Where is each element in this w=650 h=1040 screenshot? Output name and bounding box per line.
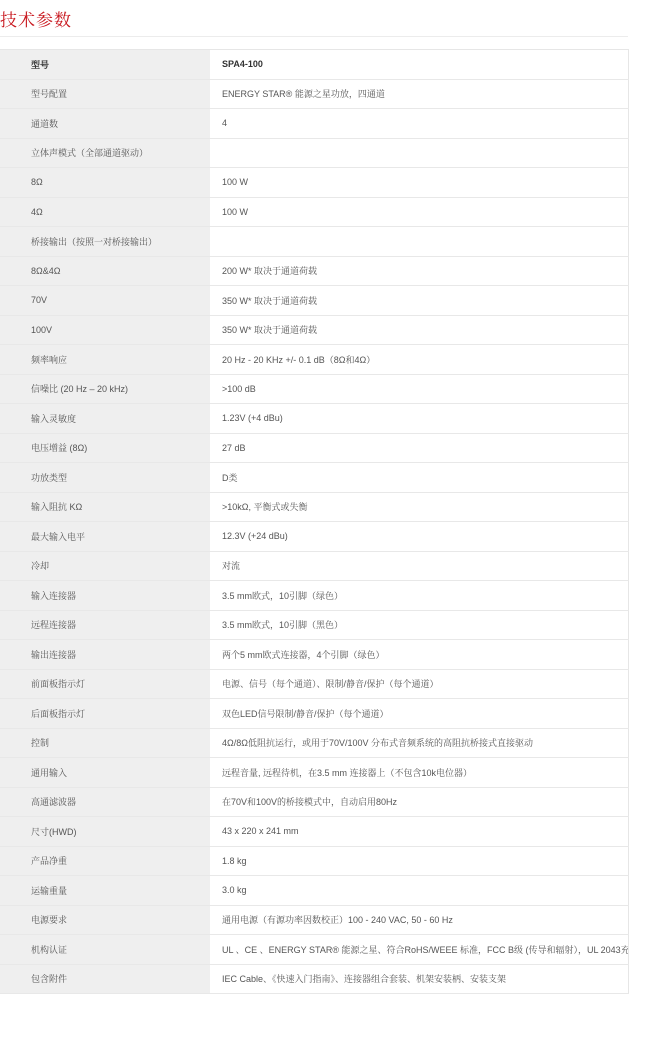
table-row: 包含附件IEC Cable、《快速入门指南》、连接器组合套装、机架安装柄、安装支… bbox=[0, 964, 629, 994]
table-row: 前面板指示灯电源、信号（每个通道）、限制/静音/保护（每个通道） bbox=[0, 669, 629, 699]
table-row: 桥接输出（按照一对桥接输出） bbox=[0, 227, 629, 257]
spec-label: 通道数 bbox=[0, 109, 210, 139]
table-row: 输出连接器两个5 mm欧式连接器，4个引脚（绿色） bbox=[0, 640, 629, 670]
spec-label: 包含附件 bbox=[0, 964, 210, 994]
table-row: 8Ω&4Ω200 W* 取决于通道荷载 bbox=[0, 256, 629, 286]
spec-value: 3.0 kg bbox=[210, 876, 629, 906]
spec-value: 100 W bbox=[210, 168, 629, 198]
table-row: 8Ω100 W bbox=[0, 168, 629, 198]
spec-label: 电压增益 (8Ω) bbox=[0, 433, 210, 463]
spec-label: 8Ω bbox=[0, 168, 210, 198]
spec-label: 输出连接器 bbox=[0, 640, 210, 670]
spec-label: 尺寸(HWD) bbox=[0, 817, 210, 847]
table-row: 信噪比 (20 Hz – 20 kHz)>100 dB bbox=[0, 374, 629, 404]
table-row: 输入阻抗 KΩ>10kΩ, 平衡式或失衡 bbox=[0, 492, 629, 522]
table-row: 运输重量3.0 kg bbox=[0, 876, 629, 906]
spec-label: 最大输入电平 bbox=[0, 522, 210, 552]
spec-value: 电源、信号（每个通道）、限制/静音/保护（每个通道） bbox=[210, 669, 629, 699]
spec-value: 100 W bbox=[210, 197, 629, 227]
spec-value: >100 dB bbox=[210, 374, 629, 404]
spec-label: 高通滤波器 bbox=[0, 787, 210, 817]
table-row: 产品净重1.8 kg bbox=[0, 846, 629, 876]
spec-value: 远程音量, 远程待机，在3.5 mm 连接器上（不包含10k电位器） bbox=[210, 758, 629, 788]
spec-value: >10kΩ, 平衡式或失衡 bbox=[210, 492, 629, 522]
spec-table-body: 型号SPA4-100型号配置ENERGY STAR® 能源之星功放，四通道通道数… bbox=[0, 50, 629, 994]
table-row: 型号配置ENERGY STAR® 能源之星功放，四通道 bbox=[0, 79, 629, 109]
spec-label: 运输重量 bbox=[0, 876, 210, 906]
title-divider bbox=[0, 36, 628, 37]
table-row: 70V350 W* 取决于通道荷载 bbox=[0, 286, 629, 316]
spec-label: 4Ω bbox=[0, 197, 210, 227]
spec-label: 机构认证 bbox=[0, 935, 210, 965]
table-row: 立体声模式（全部通道驱动） bbox=[0, 138, 629, 168]
spec-value: 对流 bbox=[210, 551, 629, 581]
spec-value: 350 W* 取决于通道荷载 bbox=[210, 315, 629, 345]
table-row: 最大输入电平12.3V (+24 dBu) bbox=[0, 522, 629, 552]
spec-value: 4Ω/8Ω低阻抗运行，或用于70V/100V 分布式音频系统的高阻抗桥接式直接驱… bbox=[210, 728, 629, 758]
spec-value: 3.5 mm欧式，10引脚（绿色） bbox=[210, 581, 629, 611]
spec-label: 频率响应 bbox=[0, 345, 210, 375]
table-row: 输入灵敏度1.23V (+4 dBu) bbox=[0, 404, 629, 434]
spec-value: 1.23V (+4 dBu) bbox=[210, 404, 629, 434]
spec-label: 功放类型 bbox=[0, 463, 210, 493]
spec-value: D类 bbox=[210, 463, 629, 493]
section-title: 技术参数 bbox=[0, 10, 72, 32]
spec-value: SPA4-100 bbox=[210, 50, 629, 80]
spec-value: 20 Hz - 20 KHz +/- 0.1 dB（8Ω和4Ω） bbox=[210, 345, 629, 375]
spec-label: 控制 bbox=[0, 728, 210, 758]
spec-value: 200 W* 取决于通道荷载 bbox=[210, 256, 629, 286]
spec-value: 12.3V (+24 dBu) bbox=[210, 522, 629, 552]
table-row: 冷却对流 bbox=[0, 551, 629, 581]
spec-label: 桥接输出（按照一对桥接输出） bbox=[0, 227, 210, 257]
table-row: 后面板指示灯双色LED信号限制/静音/保护（每个通道） bbox=[0, 699, 629, 729]
table-row: 100V350 W* 取决于通道荷载 bbox=[0, 315, 629, 345]
spec-value: UL 、CE 、ENERGY STAR® 能源之星、符合RoHS/WEEE 标准… bbox=[210, 935, 629, 965]
table-row: 功放类型D类 bbox=[0, 463, 629, 493]
spec-value: IEC Cable、《快速入门指南》、连接器组合套装、机架安装柄、安装支架 bbox=[210, 964, 629, 994]
spec-label: 70V bbox=[0, 286, 210, 316]
spec-label: 100V bbox=[0, 315, 210, 345]
spec-label: 产品净重 bbox=[0, 846, 210, 876]
spec-value: 双色LED信号限制/静音/保护（每个通道） bbox=[210, 699, 629, 729]
table-row: 4Ω100 W bbox=[0, 197, 629, 227]
spec-value: 3.5 mm欧式，10引脚（黑色） bbox=[210, 610, 629, 640]
spec-value: 通用电源（有源功率因数校正）100 - 240 VAC, 50 - 60 Hz bbox=[210, 905, 629, 935]
spec-label: 型号配置 bbox=[0, 79, 210, 109]
spec-value: 1.8 kg bbox=[210, 846, 629, 876]
spec-label: 输入灵敏度 bbox=[0, 404, 210, 434]
spec-value: 350 W* 取决于通道荷载 bbox=[210, 286, 629, 316]
spec-label: 后面板指示灯 bbox=[0, 699, 210, 729]
spec-label: 输入阻抗 KΩ bbox=[0, 492, 210, 522]
spec-value: 4 bbox=[210, 109, 629, 139]
spec-table: 型号SPA4-100型号配置ENERGY STAR® 能源之星功放，四通道通道数… bbox=[0, 49, 629, 994]
spec-label: 冷却 bbox=[0, 551, 210, 581]
spec-page: 技术参数 型号SPA4-100型号配置ENERGY STAR® 能源之星功放，四… bbox=[0, 0, 650, 1040]
spec-value bbox=[210, 227, 629, 257]
spec-value: 43 x 220 x 241 mm bbox=[210, 817, 629, 847]
spec-label: 通用输入 bbox=[0, 758, 210, 788]
spec-value bbox=[210, 138, 629, 168]
spec-value: ENERGY STAR® 能源之星功放，四通道 bbox=[210, 79, 629, 109]
table-row: 控制4Ω/8Ω低阻抗运行，或用于70V/100V 分布式音频系统的高阻抗桥接式直… bbox=[0, 728, 629, 758]
spec-label: 8Ω&4Ω bbox=[0, 256, 210, 286]
spec-value: 在70V和100V的桥接模式中，自动启用80Hz bbox=[210, 787, 629, 817]
table-row: 电压增益 (8Ω)27 dB bbox=[0, 433, 629, 463]
table-row: 机构认证UL 、CE 、ENERGY STAR® 能源之星、符合RoHS/WEE… bbox=[0, 935, 629, 965]
table-row: 尺寸(HWD)43 x 220 x 241 mm bbox=[0, 817, 629, 847]
spec-label: 立体声模式（全部通道驱动） bbox=[0, 138, 210, 168]
table-header-row: 型号SPA4-100 bbox=[0, 50, 629, 80]
spec-value: 两个5 mm欧式连接器，4个引脚（绿色） bbox=[210, 640, 629, 670]
table-row: 电源要求通用电源（有源功率因数校正）100 - 240 VAC, 50 - 60… bbox=[0, 905, 629, 935]
spec-label: 输入连接器 bbox=[0, 581, 210, 611]
spec-label: 型号 bbox=[0, 50, 210, 80]
table-row: 远程连接器3.5 mm欧式，10引脚（黑色） bbox=[0, 610, 629, 640]
table-row: 通道数4 bbox=[0, 109, 629, 139]
spec-label: 信噪比 (20 Hz – 20 kHz) bbox=[0, 374, 210, 404]
spec-label: 电源要求 bbox=[0, 905, 210, 935]
table-row: 频率响应20 Hz - 20 KHz +/- 0.1 dB（8Ω和4Ω） bbox=[0, 345, 629, 375]
table-row: 高通滤波器在70V和100V的桥接模式中，自动启用80Hz bbox=[0, 787, 629, 817]
spec-label: 远程连接器 bbox=[0, 610, 210, 640]
spec-value: 27 dB bbox=[210, 433, 629, 463]
spec-label: 前面板指示灯 bbox=[0, 669, 210, 699]
table-row: 输入连接器3.5 mm欧式，10引脚（绿色） bbox=[0, 581, 629, 611]
table-row: 通用输入远程音量, 远程待机，在3.5 mm 连接器上（不包含10k电位器） bbox=[0, 758, 629, 788]
